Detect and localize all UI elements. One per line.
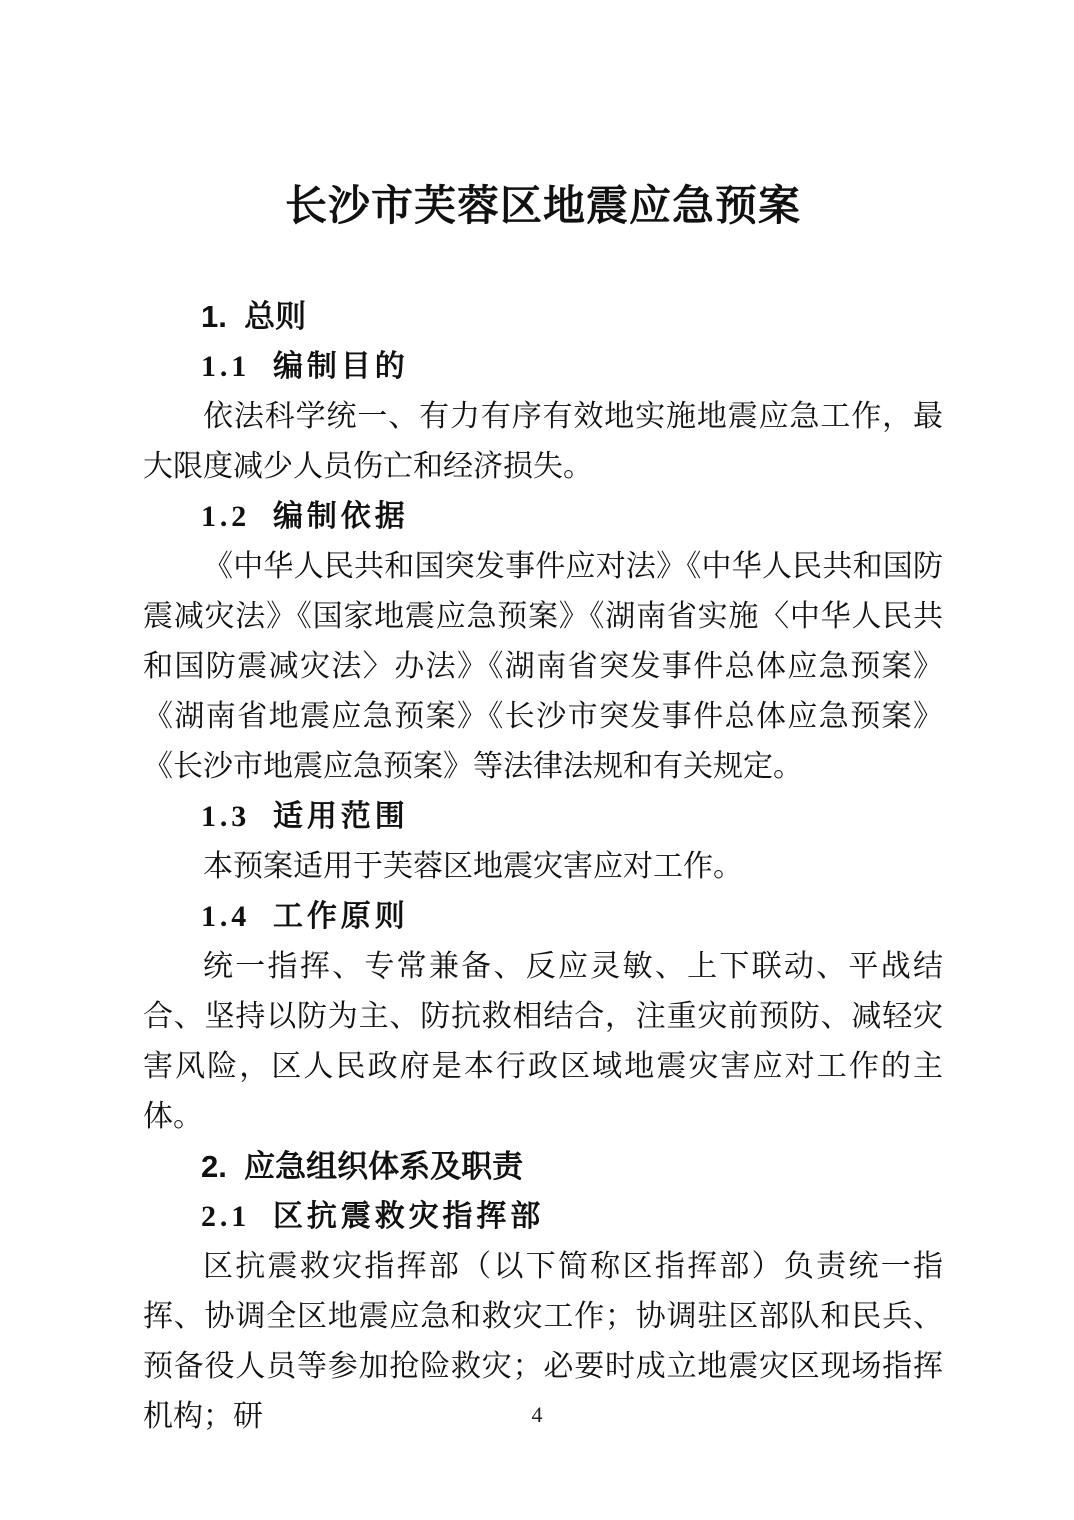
subsection-heading-1-3: 1.3 适用范围 [143,792,943,842]
section-heading-2: 2. 应急组织体系及职责 [143,1142,943,1192]
document-content: 长沙市芙蓉区地震应急预案 1. 总则 1.1 编制目的 依法科学统一、有力有序有… [143,180,943,1442]
paragraph-working-principles: 统一指挥、专常兼备、反应灵敏、上下联动、平战结合、坚持以防为主、防抗救相结合，注… [143,942,943,1142]
section-heading-1: 1. 总则 [143,292,943,342]
document-page: 长沙市芙蓉区地震应急预案 1. 总则 1.1 编制目的 依法科学统一、有力有序有… [0,0,1074,1520]
paragraph-application-scope: 本预案适用于芙蓉区地震灾害应对工作。 [143,842,943,892]
page-number: 4 [0,1400,1074,1430]
paragraph-compilation-basis: 《中华人民共和国突发事件应对法》《中华人民共和国防震减灾法》《国家地震应急预案》… [143,542,943,792]
subsection-heading-1-1: 1.1 编制目的 [143,342,943,392]
subsection-heading-2-1: 2.1 区抗震救灾指挥部 [143,1192,943,1242]
document-title: 长沙市芙蓉区地震应急预案 [143,180,943,234]
subsection-heading-1-2: 1.2 编制依据 [143,492,943,542]
subsection-heading-1-4: 1.4 工作原则 [143,892,943,942]
paragraph-compilation-purpose: 依法科学统一、有力有序有效地实施地震应急工作，最大限度减少人员伤亡和经济损失。 [143,392,943,492]
